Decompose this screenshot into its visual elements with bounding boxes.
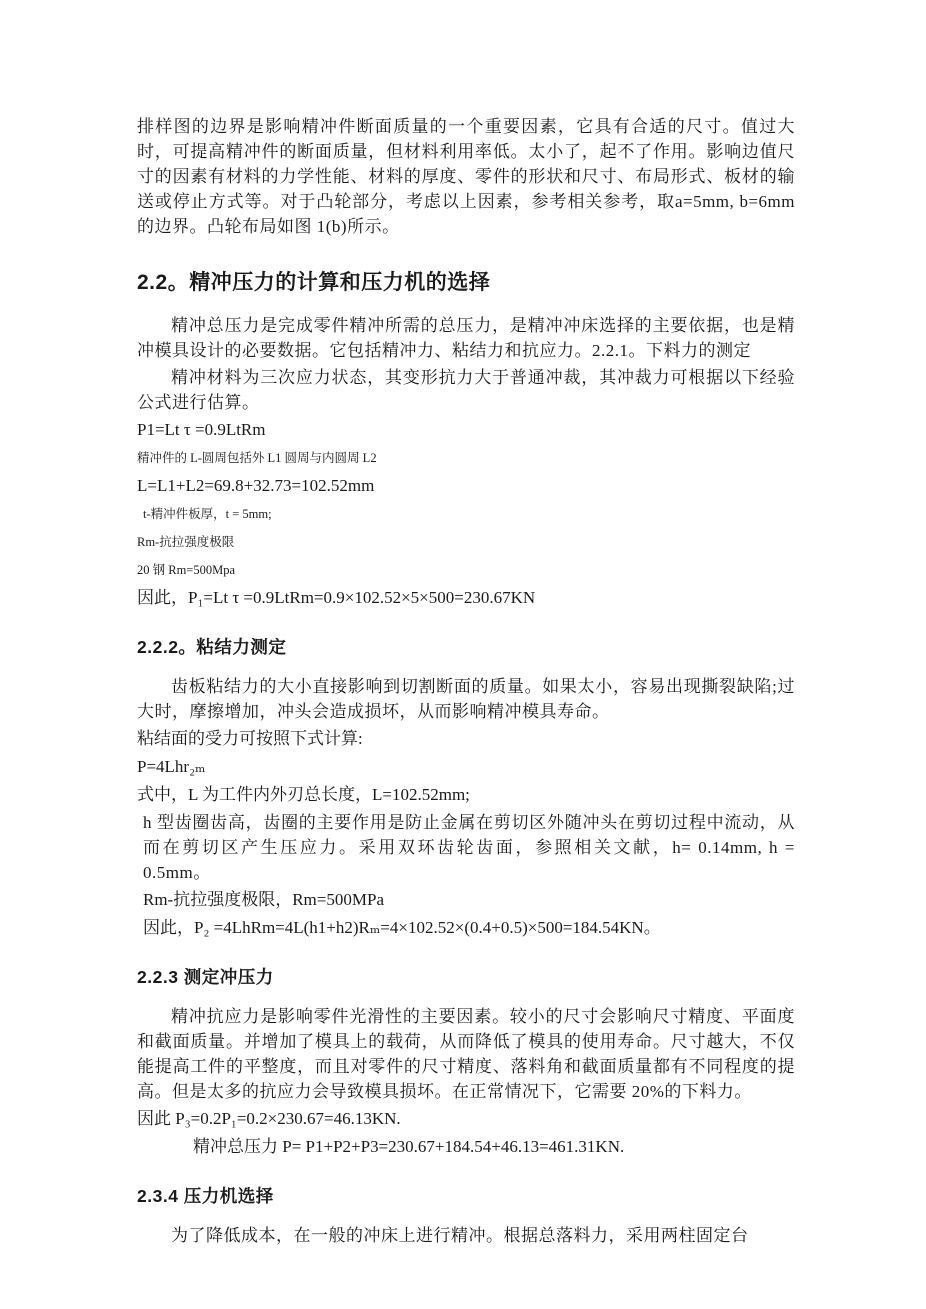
note-tensile-strength: Rm-抗拉强度极限 <box>137 529 795 555</box>
formula-bonding-intro: 粘结面的受力可按照下式计算: <box>137 726 795 752</box>
paragraph-tooth-ring-height: h 型齿圈齿高，齿圈的主要作用是防止金属在剪切区外随冲头在剪切过程中流动，从而在… <box>137 810 795 885</box>
document-page: 排样图的边界是影响精冲件断面质量的一个重要因素，它具有合适的尺寸。值过大时，可提… <box>0 0 926 1309</box>
paragraph-press-selection: 为了降低成本，在一般的冲床上进行精冲。根据总落料力，采用两柱固定台 <box>137 1223 795 1248</box>
paragraph-triaxial-stress: 精冲材料为三次应力状态，其变形抗力大于普通冲裁，其冲裁力可根据以下经验公式进行估… <box>137 365 795 415</box>
note-thickness: t-精冲件板厚，t = 5mm; <box>137 501 795 527</box>
formula-length-definition: 式中，L 为工件内外刃总长度，L=102.52mm; <box>137 782 795 808</box>
paragraph-bonding-force: 齿板粘结力的大小直接影响到切割断面的质量。如果太小，容易出现撕裂缺陷;过大时，摩… <box>137 674 795 724</box>
formula-p3-result: 因此 P₃=0.2P₁=0.2×230.67=46.13KN. <box>137 1106 795 1132</box>
formula-p1-definition: P1=Lt τ =0.9LtRm <box>137 417 795 443</box>
paragraph-layout-margin: 排样图的边界是影响精冲件断面质量的一个重要因素，它具有合适的尺寸。值过大时，可提… <box>137 114 795 239</box>
document-content: 排样图的边界是影响精冲件断面质量的一个重要因素，它具有合适的尺寸。值过大时，可提… <box>137 114 795 1248</box>
section-heading-2-2-2: 2.2.2。粘结力测定 <box>137 634 795 659</box>
formula-total-pressure-result: 精冲总压力 P= P1+P2+P3=230.67+184.54+46.13=46… <box>137 1134 795 1160</box>
formula-p2-result: 因此，P₂ =4LhRm=4L(h1+h2)Rₘ=4×102.52×(0.4+0… <box>137 915 795 941</box>
note-steel-rm-value: 20 钢 Rm=500Mpa <box>137 557 795 583</box>
formula-perimeter-sum: L=L1+L2=69.8+32.73=102.52mm <box>137 473 795 499</box>
formula-rm-limit: Rm-抗拉强度极限，Rm=500MPa <box>137 887 795 913</box>
section-heading-2-2: 2.2。精冲压力的计算和压力机的选择 <box>137 266 795 296</box>
section-heading-2-3-4: 2.3.4 压力机选择 <box>137 1183 795 1208</box>
paragraph-total-pressure-intro: 精冲总压力是完成零件精冲所需的总压力，是精冲冲床选择的主要依据，也是精冲模具设计… <box>137 313 795 363</box>
note-perimeter-definition: 精冲件的 L-圆周包括外 L1 圆周与内圆周 L2 <box>137 445 795 471</box>
section-heading-2-2-3: 2.2.3 测定冲压力 <box>137 964 795 989</box>
formula-p-4lhr: P=4Lhr₂ₘ <box>137 754 795 780</box>
formula-p1-result: 因此，P₁=Lt τ =0.9LtRm=0.9×102.52×5×500=230… <box>137 585 795 611</box>
paragraph-counter-pressure: 精冲抗应力是影响零件光滑性的主要因素。较小的尺寸会影响尺寸精度、平面度和截面质量… <box>137 1004 795 1104</box>
